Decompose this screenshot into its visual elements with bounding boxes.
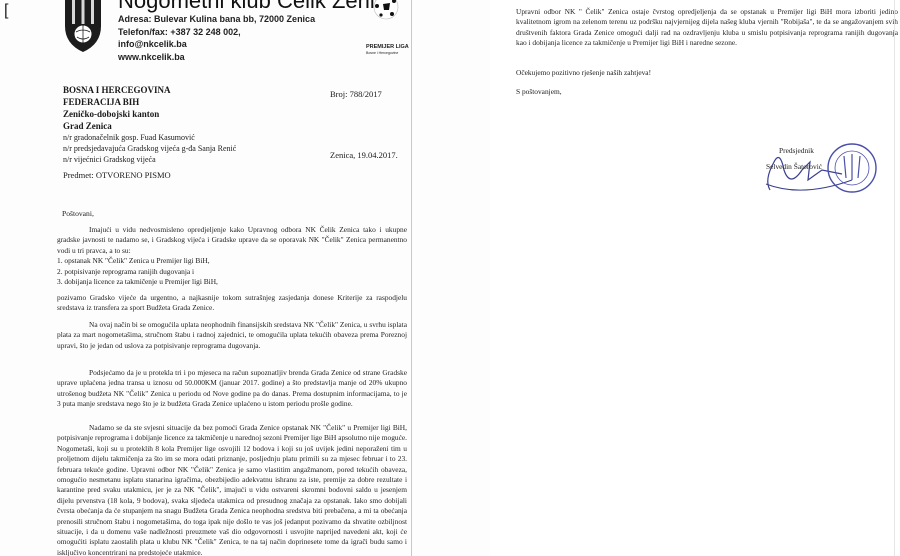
paragraph-5-text: Nadamo se da ste svjesni situacije da be…	[57, 423, 407, 556]
paragraph-3: Na ovaj način bi se omogućila uplata neo…	[57, 320, 407, 351]
list-item: 2. potpisivanje reprograma ranijih dugov…	[57, 267, 218, 278]
reference-number: Broj: 788/2017	[330, 89, 382, 99]
recipient-attn-council: n/r vijećnici Gradskog vijeća	[63, 154, 236, 165]
paragraph-4-text: Podsjećamo da je u protekla tri i po mje…	[57, 368, 407, 410]
club-address: Adresa: Bulevar Kulina bana bb, 72000 Ze…	[118, 13, 315, 26]
signatory-role: Predsjednik	[779, 146, 814, 155]
recipient-canton: Zeničko-dobojski kanton	[63, 108, 236, 120]
paragraph-4: Podsjećamo da je u protekla tri i po mje…	[57, 368, 407, 410]
scan-artifact-bracket: [	[4, 2, 8, 20]
closing-expectation: Očekujemo pozitivno rješenje naših zahtj…	[516, 68, 651, 77]
closing-regards: S poštovanjem,	[516, 87, 562, 96]
paragraph-3-text: Na ovaj način bi se omogućila uplata neo…	[57, 320, 407, 351]
closing-paragraph: Upravni odbor NK " Čelik" Zenica ostaje …	[516, 7, 898, 48]
recipient-attn-mayor: n/r gradonačelnik gosp. Fuad Kasumović	[63, 132, 236, 143]
signatory-name: Selvedin Šatorović	[766, 162, 822, 171]
football-icon	[373, 0, 399, 20]
recipient-city: Grad Zenica	[63, 120, 236, 132]
list-item: 1. opstanak NK "Čelik" Zenica u Premijer…	[57, 256, 218, 267]
club-phone: Telefon/fax: +387 32 248 002,	[118, 26, 315, 39]
club-crest-icon	[62, 0, 104, 54]
letter-subject: Predmet: OTVORENO PISMO	[63, 170, 171, 180]
club-email: info@nkcelik.ba	[118, 38, 315, 51]
contact-block: Adresa: Bulevar Kulina bana bb, 72000 Ze…	[118, 13, 315, 63]
recipient-federation: FEDERACIJA BIH	[63, 96, 236, 108]
list-item: 3. dobijanja licence za takmičenje u Pre…	[57, 277, 218, 288]
paragraph-2-text: pozivamo Gradsko vijeće da urgentno, a n…	[57, 293, 407, 314]
club-name: Nogometni klub Čelik Zenica	[118, 0, 398, 14]
league-country: Bosne i Hercegovine	[366, 50, 409, 56]
letter-page-1: [ Nogometni klub Čelik Zenica Adresa: Bu…	[0, 0, 490, 556]
signature-block: Predsjednik Selvedin Šatorović	[762, 140, 882, 200]
paragraph-5: Nadamo se da ste svjesni situacije da be…	[57, 423, 407, 556]
letter-page-2	[490, 0, 900, 556]
page-divider	[411, 0, 412, 556]
league-logo-label: PREMIJER LIGA Bosne i Hercegovine	[366, 44, 409, 56]
page-edge	[894, 0, 895, 556]
place-date: Zenica, 19.04.2017.	[330, 150, 398, 160]
recipient-country: BOSNA I HERCEGOVINA	[63, 84, 236, 96]
recipient-attn-chair: n/r predsjedavajuća Gradskog vijeća g-đa…	[63, 143, 236, 154]
goals-list: 1. opstanak NK "Čelik" Zenica u Premijer…	[57, 256, 218, 288]
paragraph-1: Imajući u vidu nedvosmisleno opredjeljen…	[57, 225, 407, 256]
paragraph-2: pozivamo Gradsko vijeće da urgentno, a n…	[57, 293, 407, 314]
paragraph-1-text: Imajući u vidu nedvosmisleno opredjeljen…	[57, 225, 407, 256]
recipient-block: BOSNA I HERCEGOVINA FEDERACIJA BIH Zenič…	[63, 84, 236, 165]
greeting: Poštovani,	[62, 209, 94, 218]
club-website: www.nkcelik.ba	[118, 51, 315, 64]
